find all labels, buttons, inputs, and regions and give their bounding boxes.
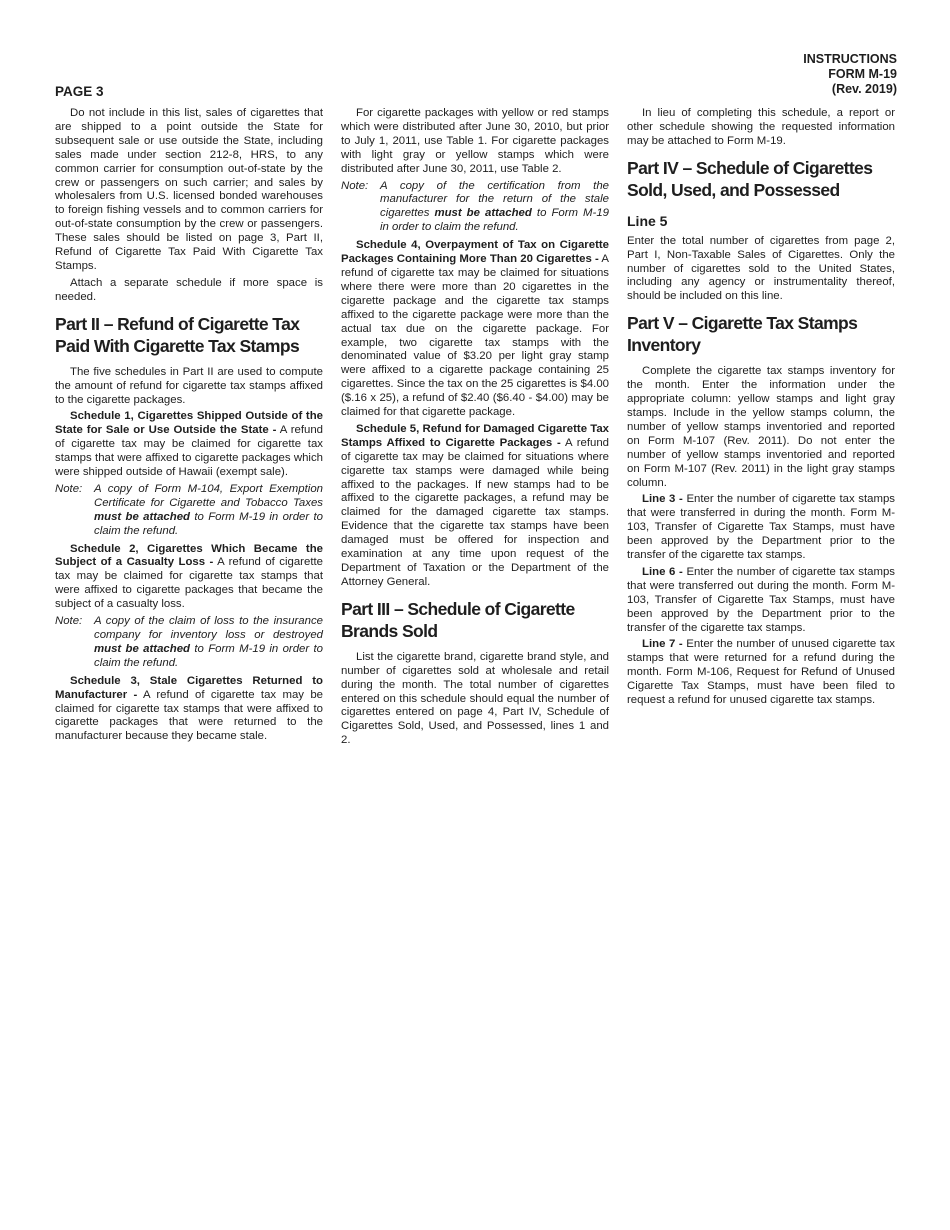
note-emphasis: must be attached xyxy=(94,643,190,655)
paragraph-in-lieu: In lieu of completing this schedule, a r… xyxy=(627,107,895,149)
note-label: Note: xyxy=(341,180,368,194)
paragraph-five-schedules: The five schedules in Part II are used t… xyxy=(55,366,323,408)
paragraph-attach: Attach a separate schedule if more space… xyxy=(55,277,323,305)
paragraph-line-5: Enter the total number of cigarettes fro… xyxy=(627,235,895,305)
paragraph-line-6: Line 6 - Enter the number of cigarette t… xyxy=(627,566,895,636)
paragraph-schedule-2: Schedule 2, Cigarettes Which Became the … xyxy=(55,543,323,613)
note-text: A copy of the claim of loss to the insur… xyxy=(94,615,323,641)
note-form-m104: Note: A copy of Form M-104, Export Exemp… xyxy=(55,483,323,539)
heading-line-5: Line 5 xyxy=(627,213,895,229)
line-7-label: Line 7 - xyxy=(642,638,683,650)
paragraph-line-3: Line 3 - Enter the number of cigarette t… xyxy=(627,493,895,563)
heading-part-3: Part III – Schedule of Cigarette Brands … xyxy=(341,598,609,642)
note-certification: Note: A copy of the certification from t… xyxy=(341,180,609,236)
paragraph-schedule-3: Schedule 3, Stale Cigarettes Returned to… xyxy=(55,675,323,745)
paragraph-inventory: Complete the cigarette tax stamps invent… xyxy=(627,365,895,490)
line-6-label: Line 6 - xyxy=(642,566,683,578)
header-instructions: INSTRUCTIONS xyxy=(803,52,897,67)
note-text: A copy of Form M-104, Export Exemption C… xyxy=(94,483,323,509)
line-3-label: Line 3 - xyxy=(642,493,683,505)
column-3: In lieu of completing this schedule, a r… xyxy=(627,107,895,751)
paragraph-brands-list: List the cigarette brand, cigarette bran… xyxy=(341,651,609,748)
form-header: INSTRUCTIONS FORM M-19 (Rev. 2019) xyxy=(803,52,897,96)
paragraph-schedule-1: Schedule 1, Cigarettes Shipped Outside o… xyxy=(55,410,323,480)
header-revision: (Rev. 2019) xyxy=(803,82,897,97)
heading-part-2: Part II – Refund of Cigarette Tax Paid W… xyxy=(55,313,323,357)
header-form-number: FORM M-19 xyxy=(803,67,897,82)
text-columns: Do not include in this list, sales of ci… xyxy=(55,107,895,751)
paragraph-schedule-5: Schedule 5, Refund for Damaged Cigarette… xyxy=(341,423,609,590)
document-page: INSTRUCTIONS FORM M-19 (Rev. 2019) PAGE … xyxy=(0,0,950,1230)
schedule-5-body: A refund of cigarette tax may be claimed… xyxy=(341,437,609,588)
column-1: Do not include in this list, sales of ci… xyxy=(55,107,323,751)
paragraph-line-7: Line 7 - Enter the number of unused ciga… xyxy=(627,638,895,708)
heading-part-4: Part IV – Schedule of Cigarettes Sold, U… xyxy=(627,157,895,201)
paragraph-stamp-tables: For cigarette packages with yellow or re… xyxy=(341,107,609,177)
note-emphasis: must be attached xyxy=(434,207,531,219)
paragraph-intro: Do not include in this list, sales of ci… xyxy=(55,107,323,274)
schedule-4-body: A refund of cigarette tax may be claimed… xyxy=(341,253,609,418)
note-emphasis: must be attached xyxy=(94,511,190,523)
column-2: For cigarette packages with yellow or re… xyxy=(341,107,609,751)
note-claim-of-loss: Note: A copy of the claim of loss to the… xyxy=(55,615,323,671)
paragraph-schedule-4: Schedule 4, Overpayment of Tax on Cigare… xyxy=(341,239,609,420)
note-label: Note: xyxy=(55,483,82,497)
heading-part-5: Part V – Cigarette Tax Stamps Inventory xyxy=(627,312,895,356)
schedule-4-title: Schedule 4, Overpayment of Tax on Cigare… xyxy=(341,239,609,265)
page-number-label: PAGE 3 xyxy=(55,84,104,99)
note-label: Note: xyxy=(55,615,82,629)
